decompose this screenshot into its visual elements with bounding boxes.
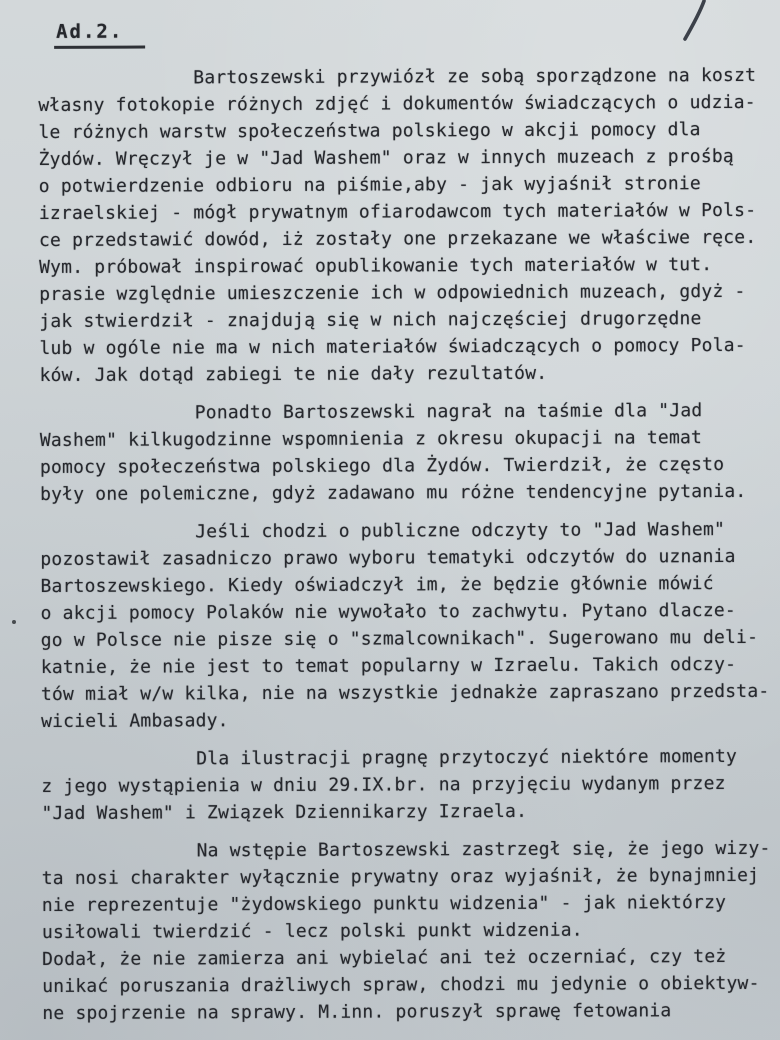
- paragraph-4: Dla ilustracji pragnę przytoczyć niektór…: [41, 743, 769, 827]
- text-line: Bartoszewski przywiózł ze sobą sporządzo…: [38, 62, 766, 92]
- paragraph-6: Dodał, że nie zamierza ani wybielać ani …: [42, 943, 770, 1027]
- text-line: izraelskiej - mógł prywatnym ofiarodawco…: [39, 197, 767, 227]
- paper-speck: [12, 620, 16, 624]
- text-line: wicieli Ambasady.: [41, 705, 769, 735]
- document-page: Ad.2. Bartoszewski przywiózł ze sobą spo…: [38, 17, 770, 1027]
- text-line: "Jad Washem" i Związek Dziennikarzy Izra…: [41, 797, 769, 827]
- text-line: Wym. próbował inspirować opublikowanie t…: [39, 251, 767, 281]
- paragraph-5: Na wstępie Bartoszewski zastrzegł się, ż…: [42, 835, 770, 946]
- text-line: ków. Jak dotąd zabiegi te nie dały rezul…: [39, 359, 767, 389]
- text-line: Żydów. Wręczył je w "Jad Washem" oraz w …: [39, 143, 767, 173]
- text-line: nie reprezentuje "żydowskiego punktu wid…: [42, 889, 770, 919]
- text-line: własny fotokopie różnych zdjęć i dokumen…: [38, 89, 766, 119]
- text-line: Dla ilustracji pragnę przytoczyć niektór…: [41, 743, 769, 773]
- text-line: go w Polsce nie pisze się o "szmalcownik…: [41, 624, 769, 654]
- text-line: Dodał, że nie zamierza ani wybielać ani …: [42, 943, 770, 973]
- paragraph-1: Bartoszewski przywiózł ze sobą sporządzo…: [38, 62, 767, 389]
- text-line: usiłowali twierdzić - lecz polski punkt …: [42, 916, 770, 946]
- text-line: le różnych warstw społeczeństwa polskieg…: [38, 116, 766, 146]
- text-line: o akcji pomocy Polaków nie wywołało to z…: [41, 597, 769, 627]
- text-line: jak stwierdził - znajdują się w nich naj…: [39, 305, 767, 335]
- text-line: ne spojrzenie na sprawy. M.inn. poruszył…: [42, 997, 770, 1027]
- text-line: katnie, że nie jest to temat popularny w…: [41, 651, 769, 681]
- paragraph-3: Jeśli chodzi o publiczne odczyty to "Jad…: [40, 516, 769, 735]
- text-line: były one polemiczne, gdyż zadawano mu ró…: [40, 478, 768, 508]
- text-line: unikać poruszania drażliwych spraw, chod…: [42, 970, 770, 1000]
- document-body: Bartoszewski przywiózł ze sobą sporządzo…: [38, 62, 770, 1027]
- text-line: Jeśli chodzi o publiczne odczyty to "Jad…: [40, 516, 768, 546]
- text-line: ce przedstawić dowód, iż zostały one prz…: [39, 224, 767, 254]
- text-line: z jego wystąpienia w dniu 29.IX.br. na p…: [41, 770, 769, 800]
- text-line: prasie względnie umieszczenie ich w odpo…: [39, 278, 767, 308]
- text-line: pozostawił zasadniczo prawo wyboru temat…: [40, 543, 768, 573]
- text-line: tów miał w/w kilka, nie na wszystkie jed…: [41, 678, 769, 708]
- text-line: pomocy społeczeństwa polskiego dla Żydów…: [40, 451, 768, 481]
- text-line: Na wstępie Bartoszewski zastrzegł się, ż…: [42, 835, 770, 865]
- text-line: Washem" kilkugodzinne wspomnienia z okre…: [40, 424, 768, 454]
- text-line: Bartoszewskiego. Kiedy oświadczył im, że…: [40, 570, 768, 600]
- scanned-document: { "document": { "heading": "Ad.2.", "han…: [0, 0, 780, 1040]
- text-line: ta nosi charakter wyłącznie prywatny ora…: [42, 862, 770, 892]
- paragraph-2: Ponadto Bartoszewski nagrał na taśmie dl…: [40, 397, 768, 508]
- text-line: Ponadto Bartoszewski nagrał na taśmie dl…: [40, 397, 768, 427]
- text-line: lub w ogóle nie ma w nich materiałów świ…: [39, 332, 767, 362]
- text-line: o potwierdzenie odbioru na piśmie,aby - …: [39, 170, 767, 200]
- section-heading: Ad.2.: [54, 20, 145, 49]
